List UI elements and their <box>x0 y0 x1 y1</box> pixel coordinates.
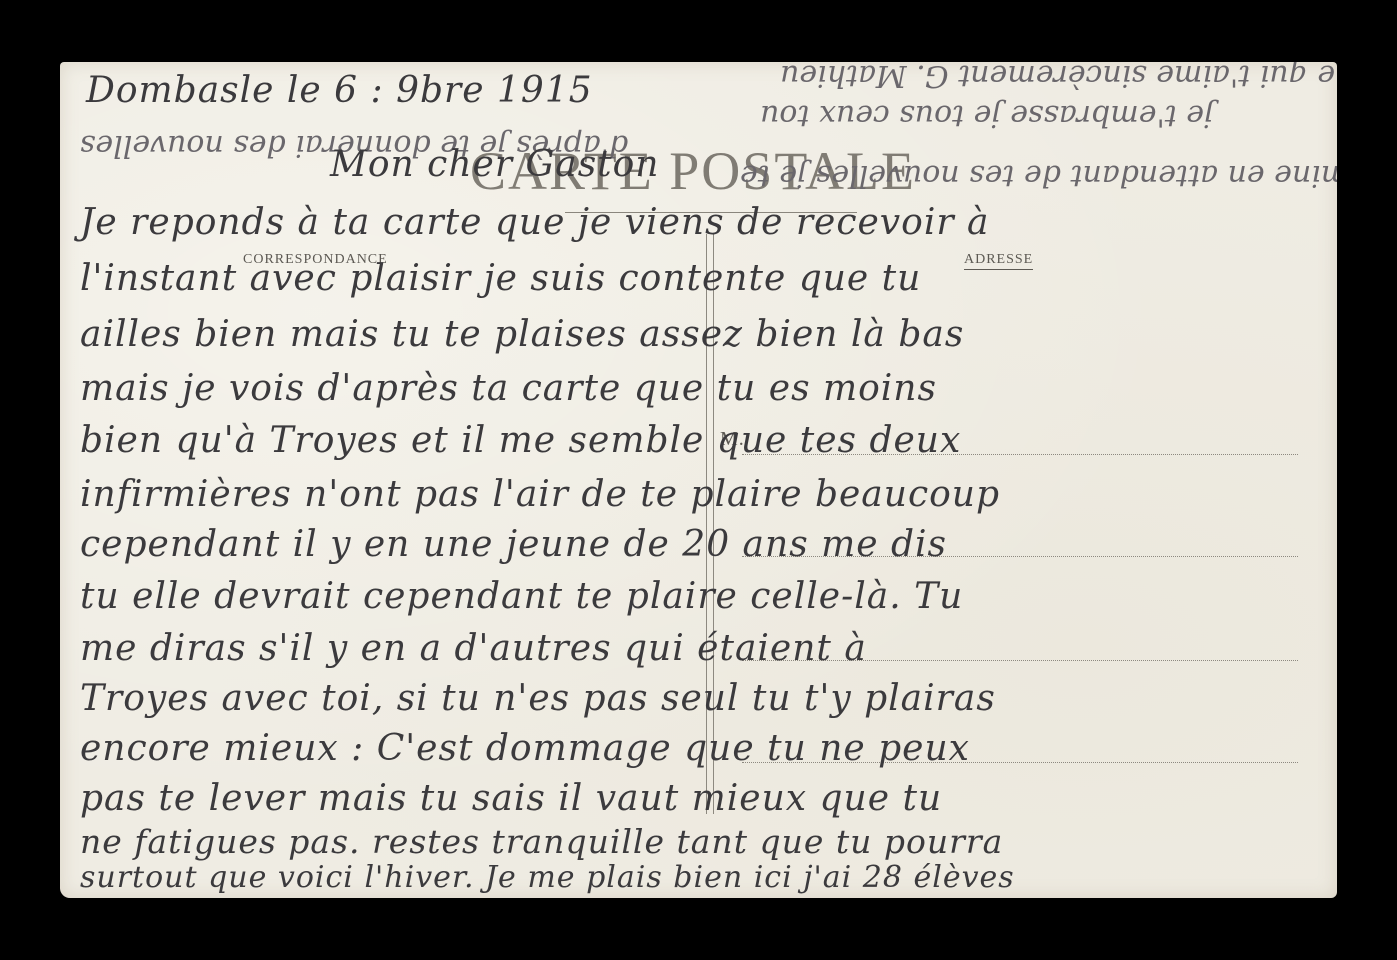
upside-down-line-1: aime qui t'aime sincèrement G. Mathieu <box>780 62 1337 93</box>
letter-line-8: tu elle devrait cependant te plaire cell… <box>80 576 963 617</box>
letter-line-14: surtout que voici l'hiver. Je me plais b… <box>80 860 1015 895</box>
upside-down-line-2: je t'embrasse je tous ceux tou <box>760 98 1213 133</box>
letter-line-12: pas te lever mais tu sais il vaut mieux … <box>80 778 942 819</box>
letter-line-10: Troyes avec toi, si tu n'es pas seul tu … <box>80 678 996 719</box>
letter-line-4: mais je vois d'après ta carte que tu es … <box>80 368 937 409</box>
letter-line-7: cependant il y en une jeune de 20 ans me… <box>80 524 947 565</box>
letter-line-9: me diras s'il y en a d'autres qui étaien… <box>80 628 867 669</box>
letter-line-11: encore mieux : C'est dommage que tu ne p… <box>80 728 970 769</box>
letter-line-5: bien qu'à Troyes et il me semble que tes… <box>80 420 961 461</box>
salutation: Mon cher Gaston <box>330 144 660 185</box>
address-label: ADRESSE <box>964 252 1033 270</box>
postcard: CARTE POSTALE CORRESPONDANCE ADRESSE M. … <box>60 62 1337 898</box>
letter-line-3: ailles bien mais tu te plaises assez bie… <box>80 314 964 355</box>
letter-line-1: Je reponds à ta carte que je viens de re… <box>80 202 989 243</box>
letter-line-2: l'instant avec plaisir je suis contente … <box>80 258 921 299</box>
place-date: Dombasle le 6 : 9bre 1915 <box>86 70 593 111</box>
upside-down-line-4: je termine en attendant de tes nouvelles… <box>740 158 1337 193</box>
letter-line-13: ne fatigues pas. restes tranquille tant … <box>80 822 1003 861</box>
scan-background: CARTE POSTALE CORRESPONDANCE ADRESSE M. … <box>0 0 1397 960</box>
letter-line-6: infirmières n'ont pas l'air de te plaire… <box>80 474 1000 515</box>
